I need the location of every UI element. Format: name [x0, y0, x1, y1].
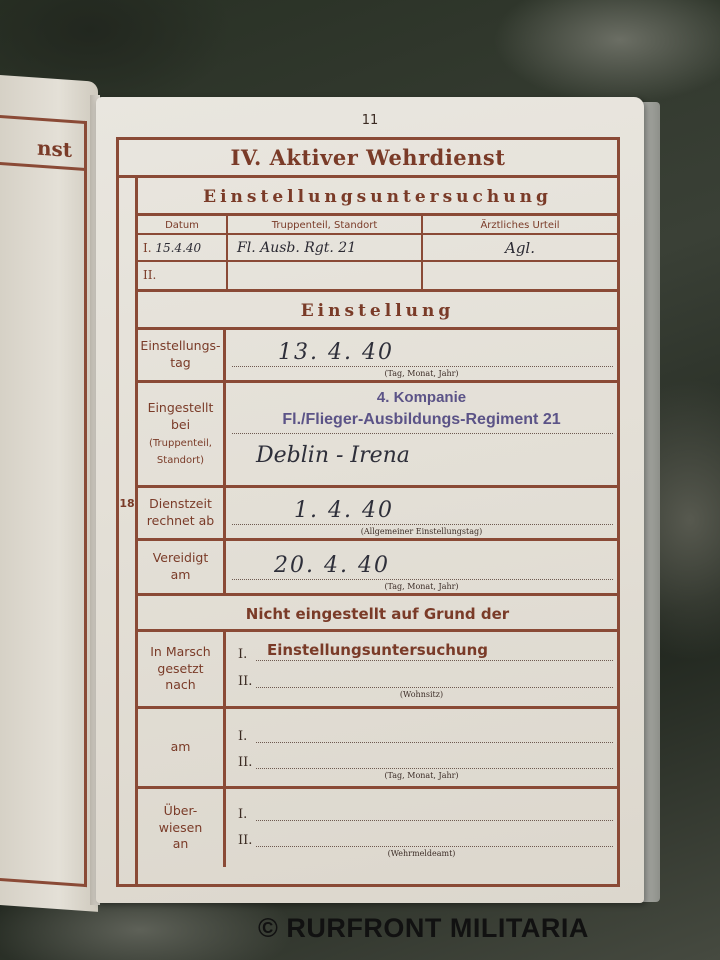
caption-tag-monat-jahr: (Tag, Monat, Jahr)	[226, 582, 617, 591]
stamp-kompanie: 4. Kompanie	[226, 389, 617, 406]
row-dienstzeit: Dienstzeitrechnet ab 1. 4. 40 (Allgemein…	[138, 488, 617, 541]
dotted-line	[232, 524, 613, 525]
copyright-watermark: © RURFRONT MILITARIA	[258, 913, 589, 944]
row-index: II.	[143, 268, 156, 282]
left-page-title-fragment: nst	[0, 125, 84, 171]
label-am: am	[138, 709, 226, 786]
field-am: I. II. (Tag, Monat, Jahr)	[226, 709, 617, 786]
line-label-i: I.	[238, 647, 247, 662]
label-in-marsch: In Marschgesetztnach	[138, 632, 226, 706]
field-eingestellt-bei: 4. Kompanie Fl./Flieger-Ausbildungs-Regi…	[226, 383, 617, 485]
handwritten-datum: 15.4.40	[155, 241, 201, 255]
dotted-line	[256, 742, 613, 743]
column-header-datum: Datum	[138, 216, 228, 235]
section-heading-einstellungsuntersuchung: Einstellungsuntersuchung	[138, 178, 617, 216]
caption-tag-monat-jahr: (Tag, Monat, Jahr)	[226, 771, 617, 780]
form-body: Einstellungsuntersuchung Datum Truppente…	[138, 178, 617, 884]
caption-wehrmeldeamt: (Wehrmeldeamt)	[226, 849, 617, 858]
table-row-2-truppenteil	[228, 262, 423, 289]
row-in-marsch: In Marschgesetztnach I. II. (Wohnsitz)	[138, 632, 617, 709]
line-label-ii: II.	[238, 674, 252, 689]
line-label-i: I.	[238, 807, 247, 822]
table-row-1-truppenteil: Fl. Ausb. Rgt. 21	[228, 235, 423, 262]
line-label-ii: II.	[238, 755, 252, 770]
dotted-line	[256, 660, 613, 661]
caption-wohnsitz: (Wohnsitz)	[226, 690, 617, 699]
page-number: 11	[96, 113, 644, 128]
handwritten-vereidigt: 20. 4. 40	[274, 553, 390, 578]
row-eingestellt-bei: Eingestelltbei(Truppenteil,Standort) 4. …	[138, 383, 617, 488]
handwritten-dienstzeit: 1. 4. 40	[294, 498, 394, 523]
dotted-line	[232, 433, 613, 434]
handwritten-urteil: Agl.	[505, 239, 535, 257]
line-label-i: I.	[238, 729, 247, 744]
form-title: IV. Aktiver Wehrdienst	[119, 140, 617, 178]
label-dienstzeit: Dienstzeitrechnet ab	[138, 488, 226, 538]
handwritten-standort: Deblin - Irena	[256, 443, 410, 468]
label-ueberwiesen: Über-wiesenan	[138, 789, 226, 867]
row-am: am I. II. (Tag, Monat, Jahr)	[138, 709, 617, 789]
table-row-2-datum: II.	[138, 262, 228, 289]
stamp-regiment: Fl./Flieger-Ausbildungs-Regiment 21	[226, 411, 617, 429]
table-row-1-urteil: Agl.	[423, 235, 617, 262]
table-row-1-datum: I. 15.4.40	[138, 235, 228, 262]
row-ueberwiesen: Über-wiesenan I. II. (Wehrmeldeamt)	[138, 789, 617, 867]
table-row-2-urteil	[423, 262, 617, 289]
label-eingestellt-bei: Eingestelltbei(Truppenteil,Standort)	[138, 383, 226, 485]
dotted-line	[256, 820, 613, 821]
section-heading-nicht-eingestellt: Nicht eingestellt auf Grund der Einstell…	[138, 596, 617, 632]
side-number: 18	[119, 497, 135, 510]
dotted-line	[256, 846, 613, 847]
line-label-ii: II.	[238, 833, 252, 848]
examination-table: Datum Truppenteil, Standort Ärztliches U…	[138, 216, 617, 292]
field-ueberwiesen: I. II. (Wehrmeldeamt)	[226, 789, 617, 867]
form-frame: IV. Aktiver Wehrdienst 18 Einstellungsun…	[116, 137, 620, 887]
section-heading-einstellung: Einstellung	[138, 292, 617, 330]
row-vereidigt: Vereidigtam 20. 4. 40 (Tag, Monat, Jahr)	[138, 541, 617, 596]
label-einstellungstag: Einstellungs-tag	[138, 330, 226, 380]
caption-allgemeiner-einstellungstag: (Allgemeiner Einstellungstag)	[226, 527, 617, 536]
field-in-marsch: I. II. (Wohnsitz)	[226, 632, 617, 706]
field-dienstzeit: 1. 4. 40 (Allgemeiner Einstellungstag)	[226, 488, 617, 538]
right-page: 11 IV. Aktiver Wehrdienst 18 Einstellung…	[96, 97, 644, 903]
label-vereidigt: Vereidigtam	[138, 541, 226, 593]
handwritten-truppenteil: Fl. Ausb. Rgt. 21	[233, 240, 356, 256]
handwritten-einstellungstag: 13. 4. 40	[278, 340, 394, 365]
dotted-line	[256, 768, 613, 769]
side-column: 18	[119, 178, 138, 884]
row-index: I.	[143, 241, 152, 255]
dotted-line	[256, 687, 613, 688]
left-page: nst	[0, 75, 98, 912]
caption-tag-monat-jahr: (Tag, Monat, Jahr)	[226, 369, 617, 378]
left-page-frame	[0, 115, 87, 887]
dotted-line	[232, 579, 613, 580]
dotted-line	[232, 366, 613, 367]
column-header-urteil: Ärztliches Urteil	[423, 216, 617, 235]
column-header-truppenteil: Truppenteil, Standort	[228, 216, 423, 235]
field-vereidigt: 20. 4. 40 (Tag, Monat, Jahr)	[226, 541, 617, 593]
row-einstellungstag: Einstellungs-tag 13. 4. 40 (Tag, Monat, …	[138, 330, 617, 383]
field-einstellungstag: 13. 4. 40 (Tag, Monat, Jahr)	[226, 330, 617, 380]
